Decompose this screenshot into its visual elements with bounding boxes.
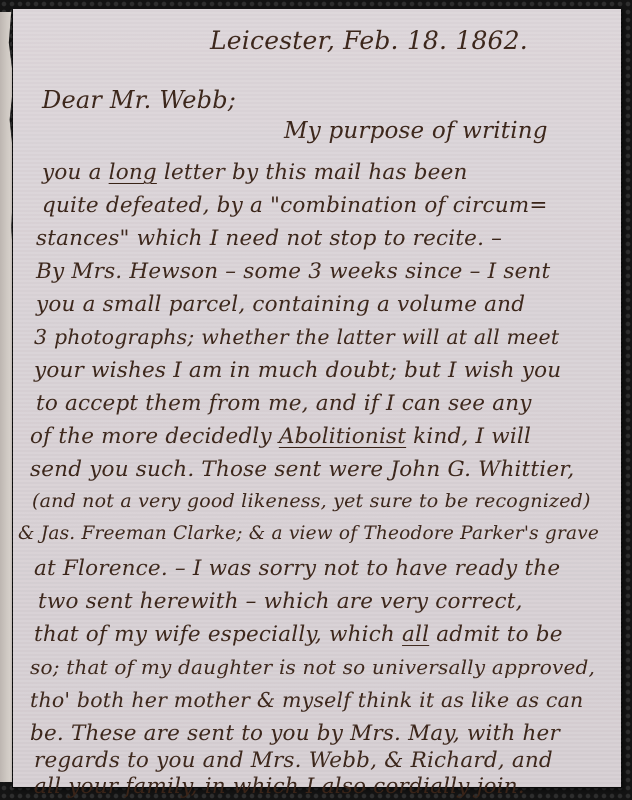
letter-line: two sent herewith – which are very corre… (38, 589, 523, 614)
letter-line: be. These are sent to you by Mrs. May, w… (30, 721, 560, 746)
dateline: Leicester, Feb. 18. 1862. (210, 26, 528, 55)
letter-line: tho' both her mother & myself think it a… (30, 688, 583, 712)
letter-line: all your family, in which I also cordial… (34, 774, 525, 799)
letter-line: you a small parcel, containing a volume … (36, 292, 525, 317)
letter-line: so; that of my daughter is not so univer… (30, 655, 595, 679)
letter-line: My purpose of writing (284, 118, 548, 144)
scanned-letter: Leicester, Feb. 18. 1862. Dear Mr. Webb;… (0, 0, 632, 800)
letter-line: quite defeated, by a "combination of cir… (42, 193, 548, 218)
letter-line: 3 photographs; whether the latter will a… (34, 325, 559, 349)
letter-line: regards to you and Mrs. Webb, & Richard,… (34, 748, 553, 773)
letter-line: your wishes I am in much doubt; but I wi… (34, 358, 561, 383)
underlined-word: Abolitionist (279, 424, 406, 449)
letter-line: By Mrs. Hewson – some 3 weeks since – I … (36, 259, 550, 284)
letter-line: & Jas. Freeman Clarke; & a view of Theod… (18, 523, 599, 544)
letter-line: stances" which I need not stop to recite… (36, 226, 502, 251)
letter-line: of the more decidedly Abolitionist kind,… (30, 424, 531, 449)
underlined-word: all (402, 622, 429, 647)
letter-line: you a long letter by this mail has been (42, 160, 468, 185)
letter-page: Leicester, Feb. 18. 1862. Dear Mr. Webb;… (12, 8, 622, 788)
letter-line: at Florence. – I was sorry not to have r… (34, 556, 560, 581)
underlined-word: long (109, 160, 157, 185)
letter-line: send you such. Those sent were John G. W… (30, 457, 574, 482)
salutation: Dear Mr. Webb; (42, 86, 236, 114)
letter-line: to accept them from me, and if I can see… (36, 391, 532, 416)
letter-line: (and not a very good likeness, yet sure … (32, 490, 591, 512)
letter-line: that of my wife especially, which all ad… (34, 622, 563, 647)
